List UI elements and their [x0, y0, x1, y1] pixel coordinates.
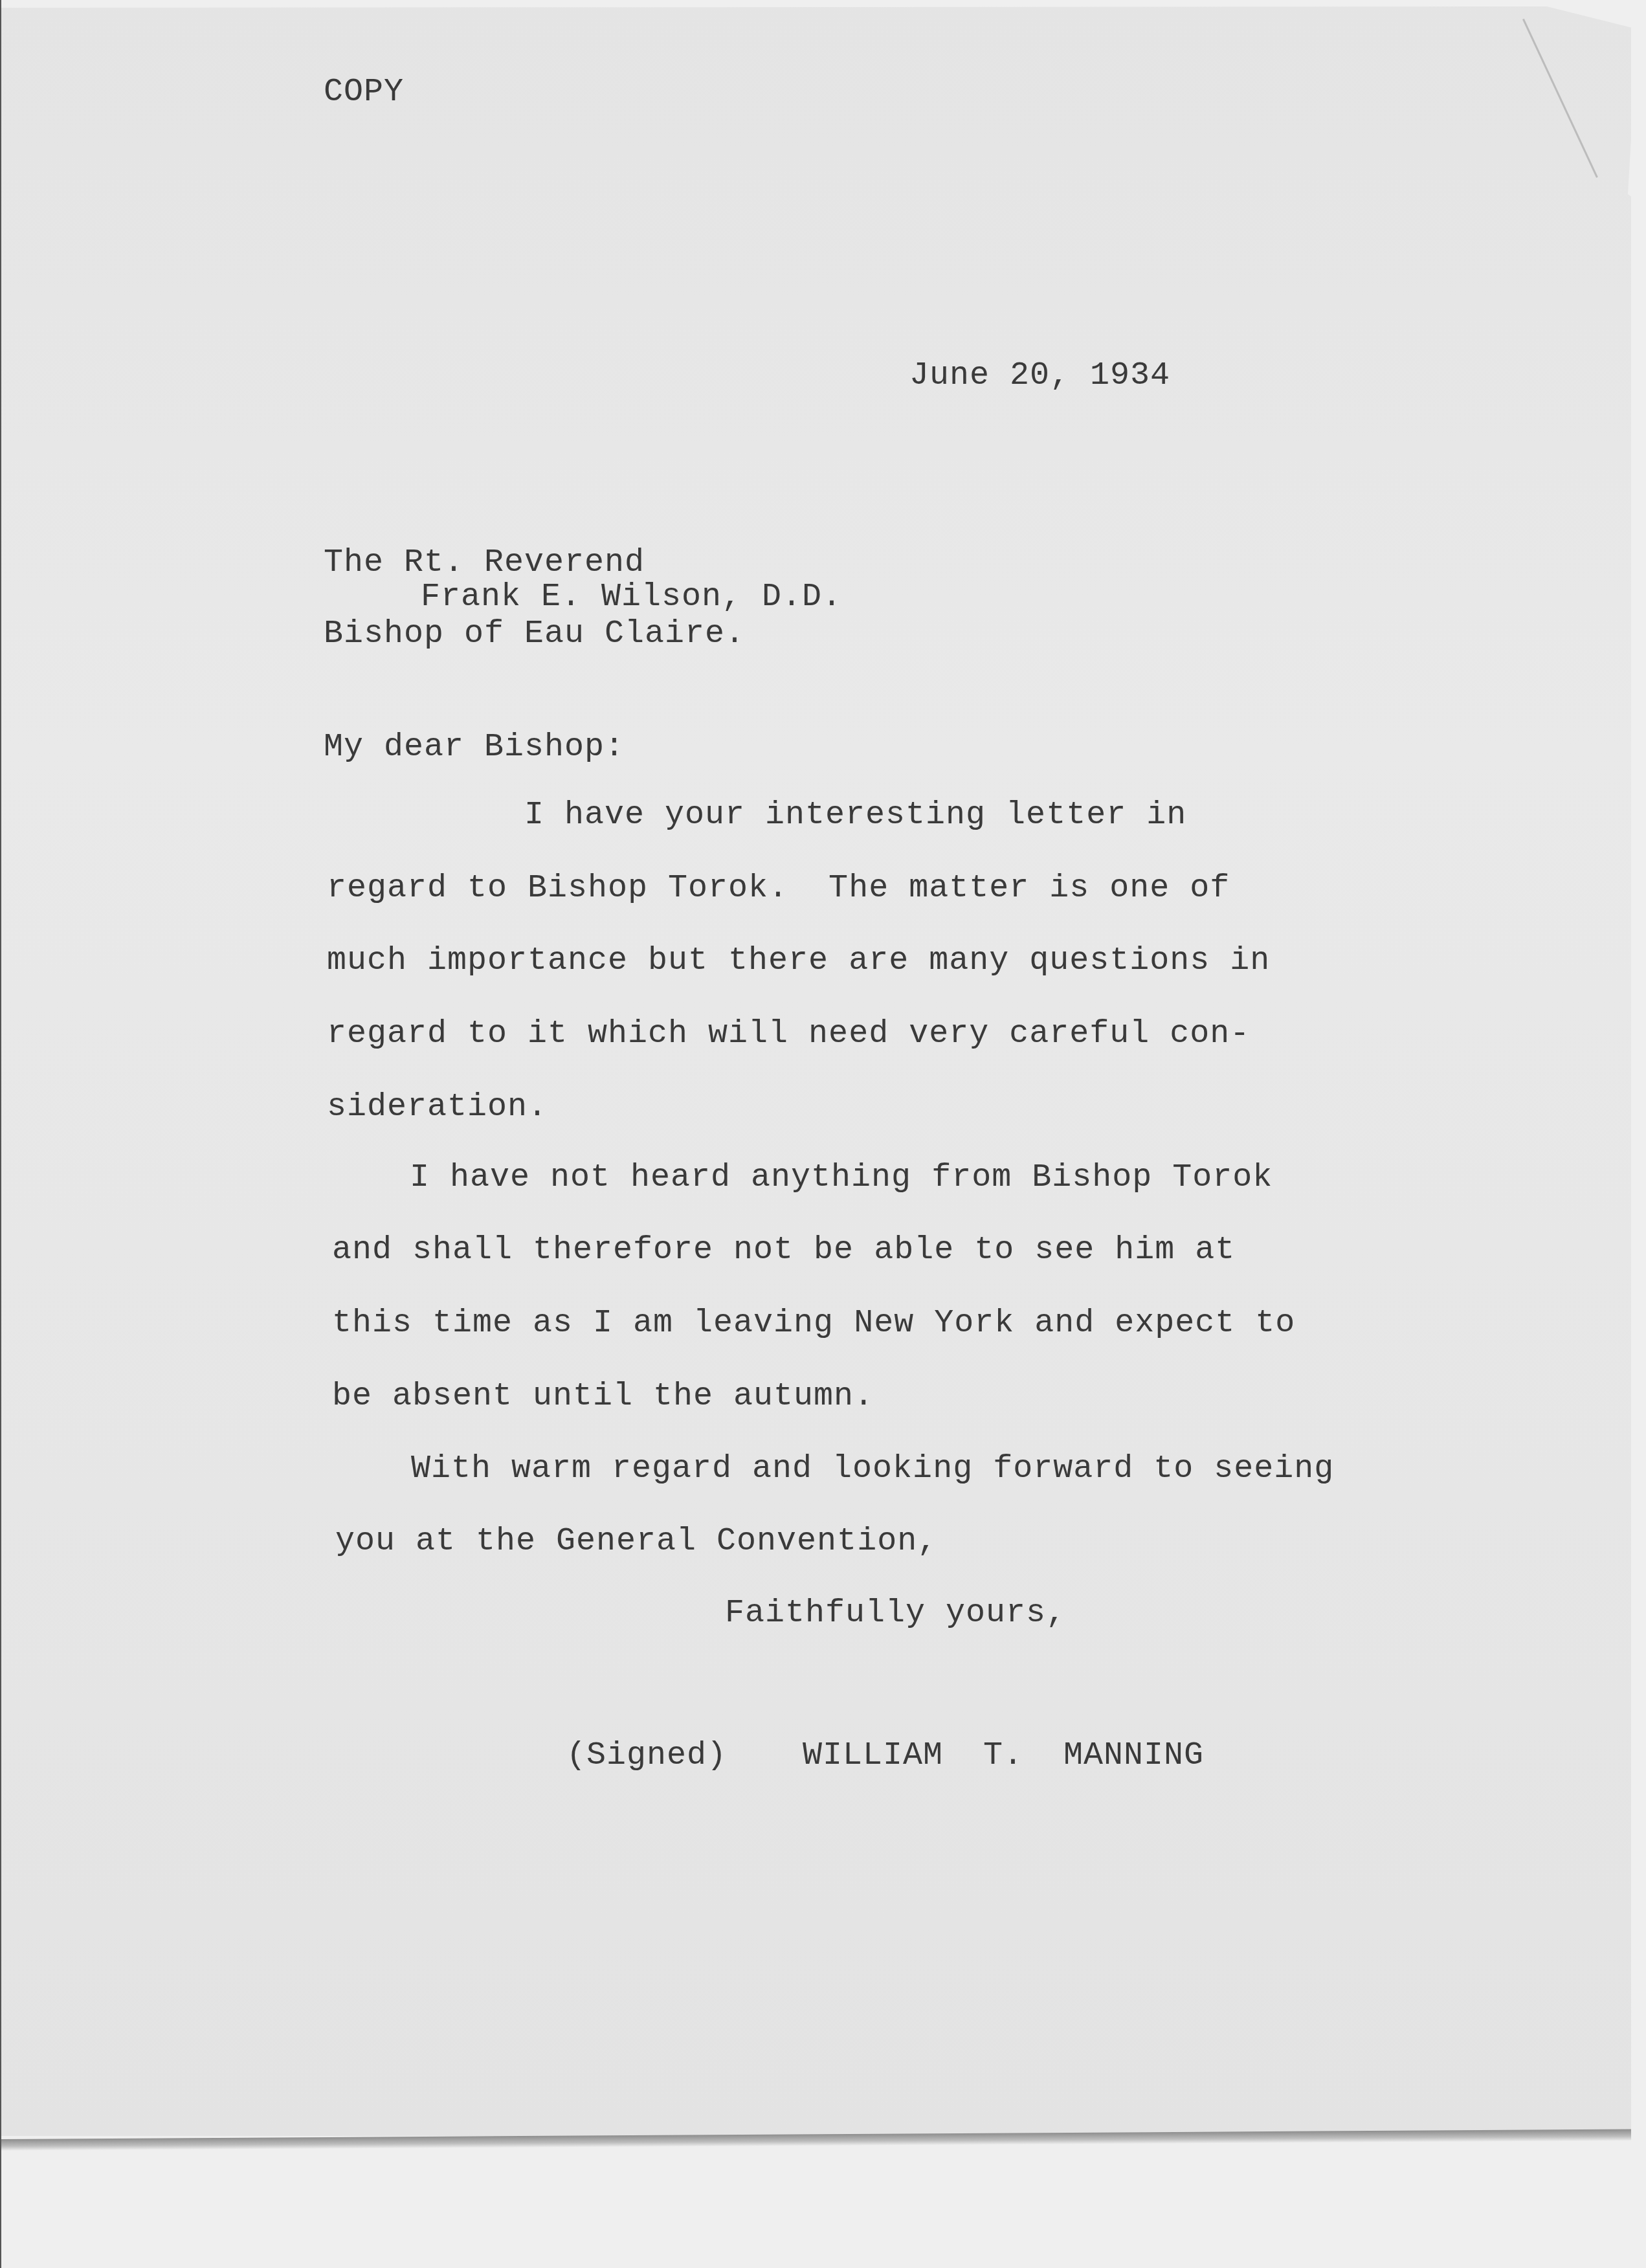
body-line: regard to it which will need very carefu… — [327, 1018, 1250, 1051]
body-line: you at the General Convention, — [335, 1526, 937, 1558]
letter-date: June 20, 1934 — [909, 360, 1170, 392]
signature-name: WILLIAM T. MANNING — [803, 1740, 1204, 1772]
body-line: be absent until the autumn. — [332, 1381, 874, 1413]
signature-prefix: (Signed) — [566, 1740, 727, 1772]
body-line: and shall therefore not be able to see h… — [332, 1234, 1235, 1267]
body-line: this time as I am leaving New York and e… — [332, 1307, 1295, 1340]
body-line: sideration. — [327, 1091, 548, 1124]
recipient-position: Bishop of Eau Claire. — [324, 618, 745, 650]
salutation: My dear Bishop: — [324, 731, 625, 764]
body-line: regard to Bishop Torok. The matter is on… — [327, 873, 1230, 905]
paper-sheet — [0, 0, 1631, 2136]
body-line: I have your interesting letter in — [524, 799, 1186, 832]
recipient-title: The Rt. Reverend — [324, 547, 645, 579]
scan-left-border — [0, 0, 1, 2268]
copy-label: COPY — [324, 76, 404, 109]
closing: Faithfully yours, — [725, 1597, 1066, 1630]
body-line: With warm regard and looking forward to … — [411, 1453, 1334, 1485]
body-line: much importance but there are many quest… — [327, 945, 1270, 977]
recipient-name: Frank E. Wilson, D.D. — [421, 581, 842, 614]
body-line: I have not heard anything from Bishop To… — [410, 1162, 1273, 1194]
